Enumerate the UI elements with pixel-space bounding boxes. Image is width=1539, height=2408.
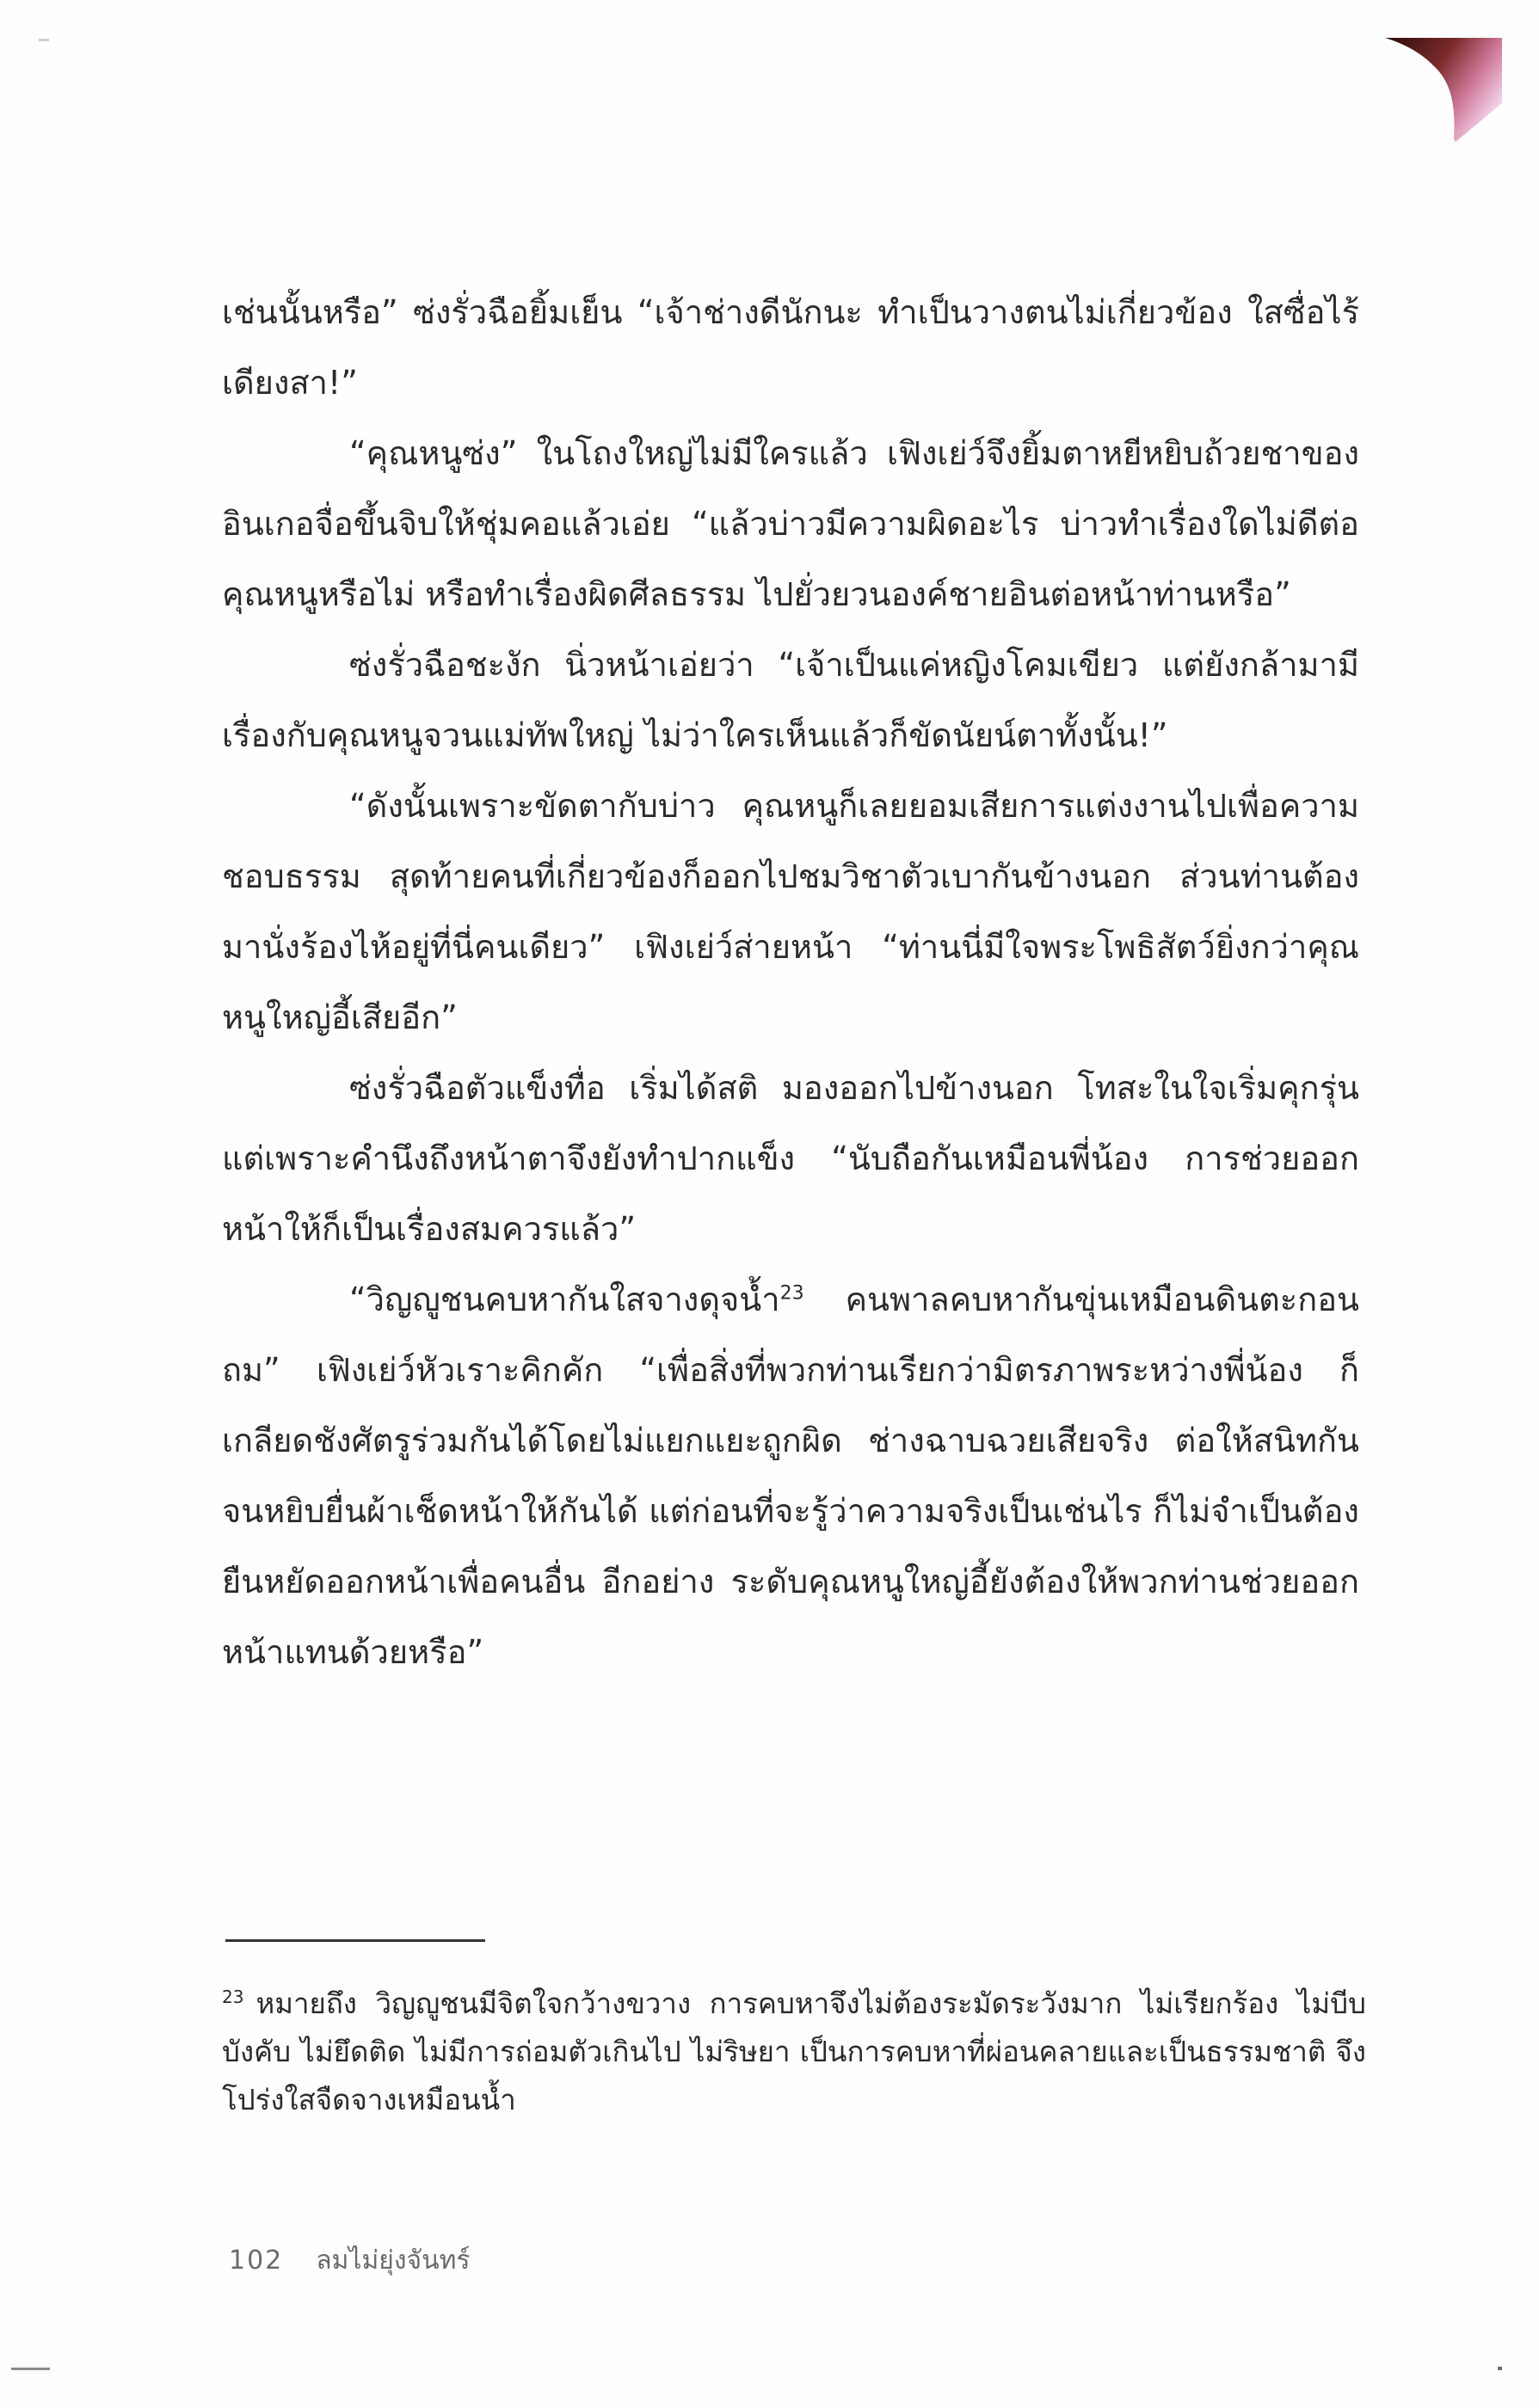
footnote-number: 23: [222, 1987, 243, 2007]
body-text: เช่นนั้นหรือ” ซ่งรั่วฉือยิ้มเย็น “เจ้าช่…: [222, 277, 1359, 1687]
footnote-divider: [225, 1939, 485, 1942]
paragraph-text-rest: คนพาลคบหากันขุ่นเหมือนดินตะกอนถม” เฟิงเย…: [222, 1281, 1359, 1671]
book-title: ลมไม่ยุ่งจันทร์: [316, 2245, 470, 2276]
paragraph: “คุณหนูซ่ง” ในโถงใหญ่ไม่มีใครแล้ว เฟิงเย…: [222, 418, 1359, 630]
scan-artifact-top-left: [39, 39, 49, 41]
footnotes: 23หมายถึง วิญญูชนมีจิตใจกว้างขวาง การคบห…: [222, 1980, 1366, 2124]
running-footer: 102ลมไม่ยุ่งจันทร์: [229, 2240, 471, 2281]
scan-artifact-bottom-left: [11, 2368, 50, 2370]
footnote-item: 23หมายถึง วิญญูชนมีจิตใจกว้างขวาง การคบห…: [222, 1980, 1366, 2124]
footnote-reference-link[interactable]: 23: [780, 1282, 804, 1304]
book-page: เช่นนั้นหรือ” ซ่งรั่วฉือยิ้มเย็น “เจ้าช่…: [0, 0, 1539, 2408]
paragraph: ซ่งรั่วฉือชะงัก นิ่วหน้าเอ่ยว่า “เจ้าเป็…: [222, 630, 1359, 771]
scan-artifact-bottom-right: [1498, 2367, 1502, 2370]
paragraph: “ดังนั้นเพราะขัดตากับบ่าว คุณหนูก็เลยยอม…: [222, 771, 1359, 1053]
corner-ornament-icon: [1385, 38, 1502, 144]
paragraph: ซ่งรั่วฉือตัวแข็งทื่อ เริ่มได้สติ มองออก…: [222, 1053, 1359, 1264]
page-number: 102: [229, 2245, 283, 2276]
paragraph: เช่นนั้นหรือ” ซ่งรั่วฉือยิ้มเย็น “เจ้าช่…: [222, 277, 1359, 418]
paragraph-text-start: “วิญญูชนคบหากันใสจางดุจน้ำ: [349, 1281, 780, 1318]
paragraph-with-footnote: “วิญญูชนคบหากันใสจางดุจน้ำ23 คนพาลคบหากั…: [222, 1264, 1359, 1687]
footnote-text: หมายถึง วิญญูชนมีจิตใจกว้างขวาง การคบหาจ…: [222, 1987, 1366, 2116]
